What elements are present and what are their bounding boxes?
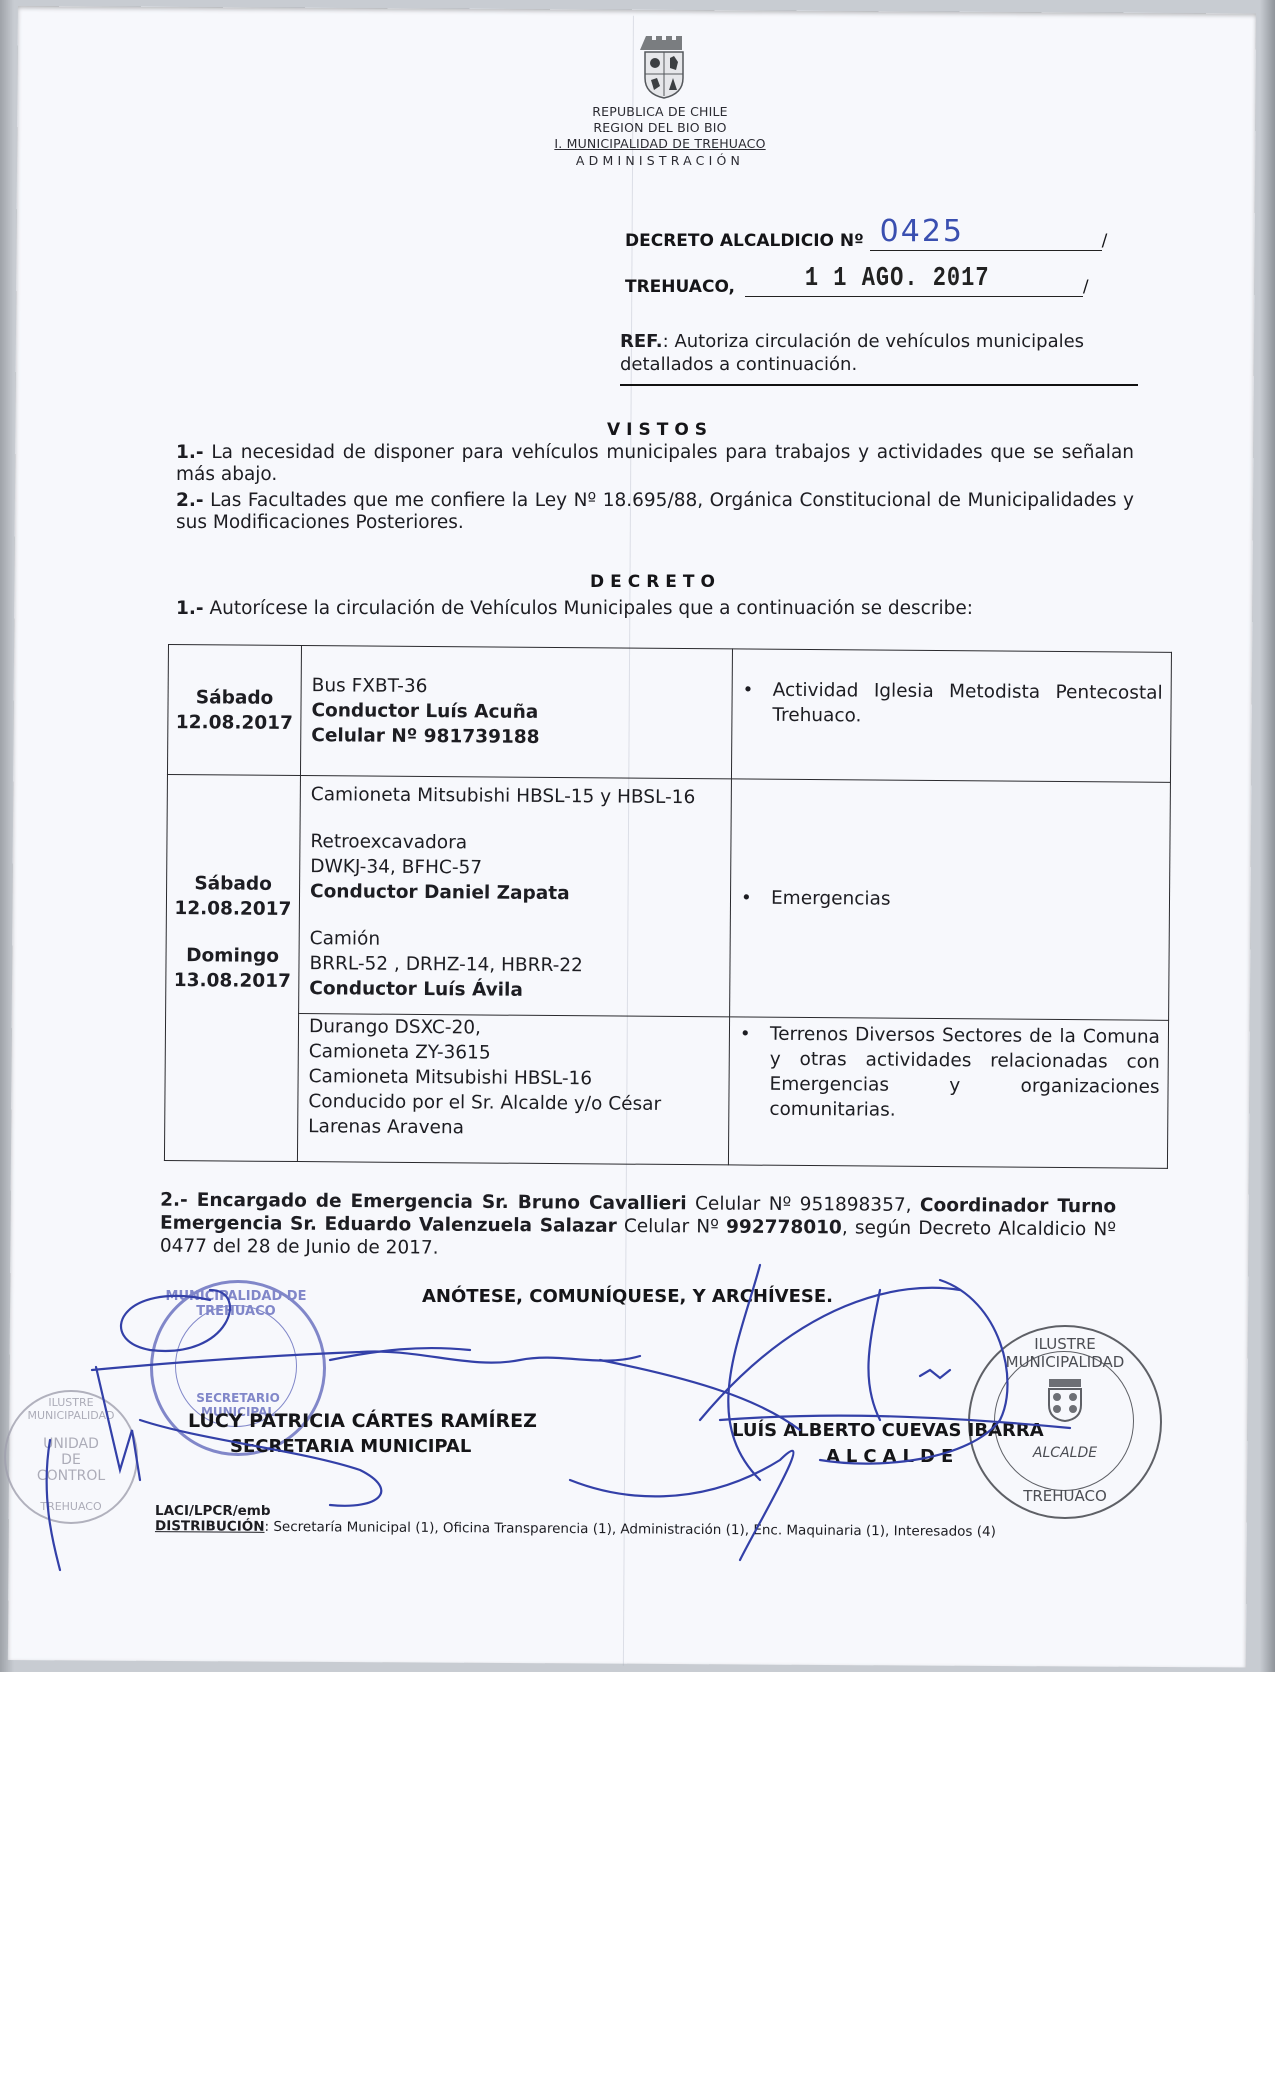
driver: Conducido por el Sr. Alcalde y/o César L… <box>308 1089 718 1142</box>
seal-text: ILUSTRE MUNICIPALIDAD <box>6 1396 136 1422</box>
activity-cell: Actividad Iglesia Metodista Pentecostal … <box>731 649 1171 782</box>
item-text: La necesidad de disponer para vehículos … <box>176 442 1134 485</box>
decreto-item-2: 2.- Encargado de Emergencia Sr. Bruno Ca… <box>160 1189 1116 1265</box>
secretary-name: LUCY PATRICIA CÁRTES RAMÍREZ <box>188 1410 537 1432</box>
emergency-manager: Encargado de Emergencia Sr. Bruno Cavall… <box>188 1190 687 1214</box>
date-field: 1 1 AGO. 2017 <box>745 274 1083 297</box>
seal-coat-icon <box>1045 1377 1085 1423</box>
vehicle: Retroexcavadora <box>310 829 720 857</box>
coat-of-arms-icon <box>640 34 688 100</box>
table-row: Sábado 12.08.2017 Bus FXBT-36 Conductor … <box>167 645 1171 783</box>
ref-divider <box>620 384 1138 386</box>
item-number: 1.- <box>176 442 204 463</box>
decree-number-label: DECRETO ALCALDICIO Nº <box>625 231 864 251</box>
vistos-item-2: 2.- Las Facultades que me confiere la Le… <box>176 490 1134 534</box>
item-text: Las Facultades que me confiere la Ley Nº… <box>176 490 1134 533</box>
activity-cell: Emergencias <box>730 779 1171 1020</box>
plates: DWKJ-34, BFHC-57 <box>310 854 720 882</box>
secretary-role: SECRETARIA MUNICIPAL <box>230 1436 471 1457</box>
date: 12.08.2017 <box>168 896 298 922</box>
seal-text: ILUSTRE MUNICIPALIDAD <box>980 1335 1150 1371</box>
date: 13.08.2017 <box>167 968 297 994</box>
decree-number-handwritten: 0425 <box>880 214 964 249</box>
vehicle: Durango DSXC-20, <box>309 1014 719 1042</box>
item-number: 2.- <box>176 490 204 511</box>
vehicle: Camioneta Mitsubishi HBSL-15 y HBSL-16 <box>311 782 721 810</box>
date-cell: Sábado 12.08.2017 Domingo 13.08.2017 <box>164 774 300 1161</box>
item-number: 1.- <box>176 598 204 619</box>
seal-text: TREHUACO <box>6 1500 136 1513</box>
mayor-role: ALCALDE <box>826 1446 959 1467</box>
place-label: TREHUACO, <box>625 277 735 297</box>
vehicle-cell: Bus FXBT-36 Conductor Luís Acuña Celular… <box>300 646 732 779</box>
activity: Terrenos Diversos Sectores de la Comuna … <box>769 1022 1160 1125</box>
activity-cell: Terrenos Diversos Sectores de la Comuna … <box>728 1017 1168 1168</box>
manager-phone: Celular Nº 951898357, <box>687 1193 920 1216</box>
day: Domingo <box>167 943 297 969</box>
mayor-name: LUÍS ALBERTO CUEVAS IBARRA <box>732 1420 1044 1441</box>
control-seal: ILUSTRE MUNICIPALIDAD UNIDAD DE CONTROL … <box>4 1390 138 1524</box>
seal-text: DE <box>6 1452 136 1468</box>
decree-number-row: DECRETO ALCALDICIO Nº 0425 / <box>625 228 1107 251</box>
seal-text: UNIDAD <box>6 1436 136 1452</box>
header-region: REGION DEL BIO BIO <box>460 120 860 135</box>
vehicles-table: Sábado 12.08.2017 Bus FXBT-36 Conductor … <box>164 644 1172 1169</box>
item-number: 2.- <box>160 1190 188 1211</box>
decree-number-field: 0425 <box>870 228 1102 251</box>
coordinator-phone: 992778010 <box>726 1217 842 1239</box>
initials: LACI/LPCR/emb <box>155 1503 271 1519</box>
vehicle: Camión <box>310 926 720 954</box>
ref-text: : Autoriza circulación de vehículos muni… <box>620 331 1084 375</box>
table-row: Sábado 12.08.2017 Domingo 13.08.2017 Cam… <box>166 774 1171 1020</box>
item-text: Autorícese la circulación de Vehículos M… <box>204 598 973 619</box>
seal-text: MUNICIPALIDAD DE TREHUACO <box>161 1289 311 1319</box>
activity: Emergencias <box>771 886 1161 914</box>
decree-date-row: TREHUACO, 1 1 AGO. 2017 / <box>625 274 1089 297</box>
day: Sábado <box>169 685 299 711</box>
driver: Conductor Daniel Zapata <box>310 879 720 907</box>
decreto-heading: DECRETO <box>590 572 721 592</box>
plates: BRRL-52 , DRHZ-14, HBRR-22 <box>309 951 719 979</box>
day: Sábado <box>168 871 298 897</box>
date-cell: Sábado 12.08.2017 <box>167 645 301 776</box>
seal-text: TREHUACO <box>970 1487 1160 1505</box>
vistos-item-1: 1.- La necesidad de disponer para vehícu… <box>176 442 1134 486</box>
date: 12.08.2017 <box>169 710 299 736</box>
activity: Actividad Iglesia Metodista Pentecostal … <box>772 677 1162 730</box>
vehicle: Camioneta Mitsubishi HBSL-16 <box>309 1064 719 1092</box>
table-row: Durango DSXC-20, Camioneta ZY-3615 Camio… <box>164 1012 1168 1168</box>
seal-text: CONTROL <box>6 1468 136 1484</box>
header-department: ADMINISTRACIÓN <box>460 153 860 168</box>
vehicle: Bus FXBT-36 <box>312 673 722 701</box>
seal-center: UNIDAD DE CONTROL <box>6 1436 136 1484</box>
distribution-label: DISTRIBUCIÓN <box>155 1518 265 1535</box>
text: Celular Nº <box>617 1216 726 1238</box>
phone: Celular Nº 981739188 <box>311 723 721 751</box>
header-municipality: I. MUNICIPALIDAD DE TREHUACO <box>460 136 860 151</box>
date-stamp: 1 1 AGO. 2017 <box>805 264 990 294</box>
header-country: REPUBLICA DE CHILE <box>460 104 860 119</box>
decreto-item-1: 1.- Autorícese la circulación de Vehícul… <box>176 598 1136 620</box>
vehicle-cell: Durango DSXC-20, Camioneta ZY-3615 Camio… <box>297 1014 729 1165</box>
vehicle-cell: Camioneta Mitsubishi HBSL-15 y HBSL-16 R… <box>299 776 732 1017</box>
seal-text: ALCALDE <box>970 1445 1160 1461</box>
slash: / <box>1083 277 1089 297</box>
reference: REF.: Autoriza circulación de vehículos … <box>620 330 1140 376</box>
ref-label: REF. <box>620 331 663 352</box>
slash: / <box>1102 231 1108 251</box>
closing-formula: ANÓTESE, COMUNÍQUESE, Y ARCHÍVESE. <box>422 1286 833 1307</box>
vehicle: Camioneta ZY-3615 <box>309 1039 719 1067</box>
driver: Conductor Luís Ávila <box>309 976 719 1004</box>
driver: Conductor Luís Acuña <box>311 698 721 726</box>
vistos-heading: VISTOS <box>607 420 713 440</box>
